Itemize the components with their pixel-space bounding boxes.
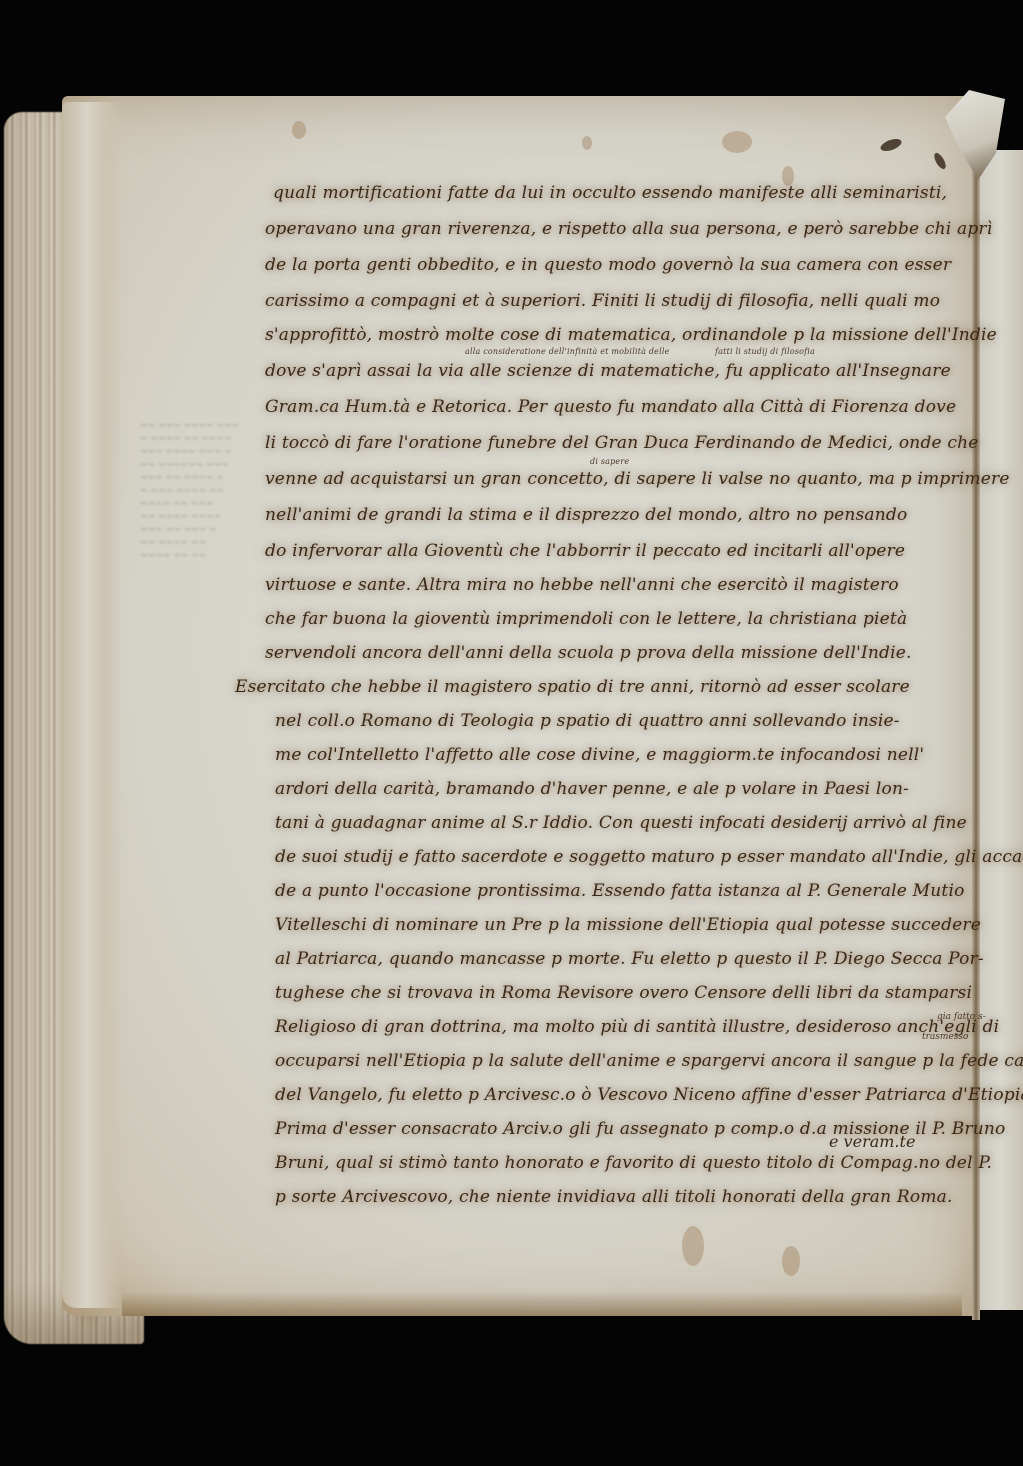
foxing-spot	[292, 121, 306, 139]
foxing-spot	[582, 136, 592, 150]
text-line: Gram.ca Hum.tà e Retorica. Per questo fu…	[265, 397, 956, 417]
text-line: de la porta genti obbedito, e in questo …	[265, 255, 951, 275]
text-line: ardori della carità, bramando d'haver pe…	[275, 779, 909, 799]
margin-note: gia fatto s-	[937, 1012, 986, 1022]
text-line: p sorte Arcivescovo, che niente invidiav…	[275, 1187, 953, 1207]
text-line: virtuose e sante. Altra mira no hebbe ne…	[265, 575, 899, 595]
text-line: occuparsi nell'Etiopia p la salute dell'…	[275, 1051, 1023, 1071]
text-line: operavano una gran riverenza, e rispetto…	[265, 219, 992, 239]
text-line: tughese che si trovava in Roma Revisore …	[275, 983, 972, 1003]
text-line: tani à guadagnar anime al S.r Iddio. Con…	[275, 813, 967, 833]
text-line: de a punto l'occasione prontissima. Esse…	[275, 881, 965, 901]
text-line: al Patriarca, quando mancasse p morte. F…	[275, 949, 984, 969]
text-line: Bruni, qual si stimò tanto honorato e fa…	[275, 1153, 992, 1173]
text-line: venne ad acquistarsi un gran concetto, d…	[265, 469, 1010, 489]
manuscript-photo: ~~ ~~~ ~~~~ ~~~~ ~~~~ ~~ ~~~~~~~ ~~~~ ~~…	[0, 0, 1023, 1466]
book-gutter	[972, 140, 980, 1320]
catchword: e veram.te	[829, 1132, 915, 1151]
text-line: quali mortificationi fatte da lui in occ…	[273, 183, 947, 203]
water-stain	[122, 1292, 962, 1316]
text-line: de suoi studij e fatto sacerdote e sogge…	[275, 847, 1023, 867]
text-line: me col'Intelletto l'affetto alle cose di…	[275, 745, 924, 765]
foxing-spot	[722, 131, 752, 153]
interlinear-note: di sapere	[590, 457, 629, 466]
foxing-spot	[782, 1246, 800, 1276]
text-line: s'approfittò, mostrò molte cose di matem…	[265, 325, 997, 345]
margin-note: trasmesso	[922, 1032, 968, 1042]
bleed-through-text: ~~ ~~~ ~~~~ ~~~~ ~~~~ ~~ ~~~~~~~ ~~~~ ~~…	[140, 420, 250, 580]
text-line: servendoli ancora dell'anni della scuola…	[265, 643, 912, 663]
foxing-spot	[682, 1226, 704, 1266]
interlinear-note: fatti li studij di filosofia	[715, 347, 815, 356]
text-line: nell'animi de grandi la stima e il dispr…	[265, 505, 907, 525]
text-line: carissimo a compagni et à superiori. Fin…	[265, 291, 940, 311]
text-line: do infervorar alla Gioventù che l'abborr…	[265, 541, 905, 561]
text-line: Religioso di gran dottrina, ma molto più…	[275, 1017, 999, 1037]
text-line: nel coll.o Romano di Teologia p spatio d…	[275, 711, 900, 731]
text-line: li toccò di fare l'oratione funebre del …	[265, 433, 979, 453]
text-line: del Vangelo, fu eletto p Arcivesc.o ò Ve…	[275, 1085, 1023, 1105]
text-line: che far buona la gioventù imprimendoli c…	[265, 609, 907, 629]
interlinear-note: alla consideratione dell'infinità et mob…	[465, 347, 670, 356]
text-line: Vitelleschi di nominare un Pre p la miss…	[275, 915, 981, 935]
text-line: Esercitato che hebbe il magistero spatio…	[235, 677, 910, 697]
text-line: dove s'aprì assai la via alle scienze di…	[265, 361, 951, 381]
